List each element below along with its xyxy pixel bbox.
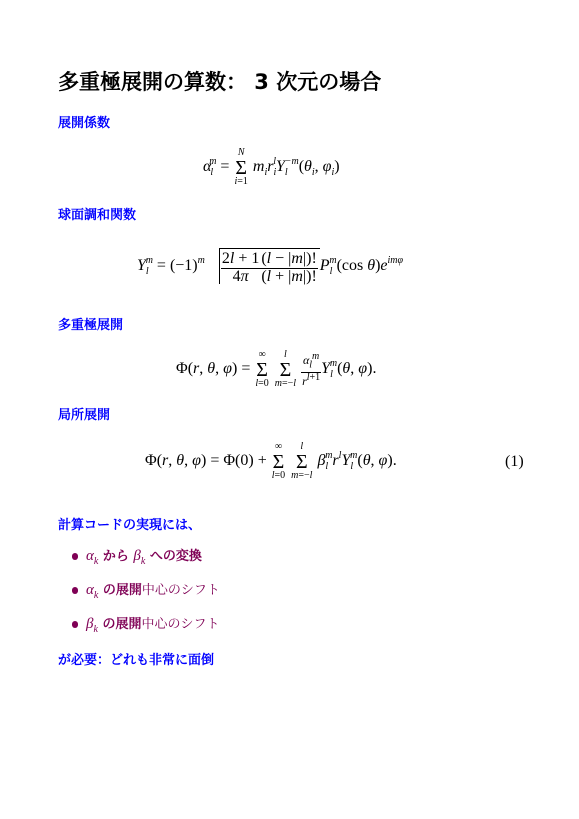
list-item: αk の展開中心のシフト bbox=[72, 579, 220, 601]
bullet-icon bbox=[72, 587, 78, 594]
equation-number: (1) bbox=[505, 454, 524, 470]
page-title: 多重極展開の算数： 3 次元の場合 bbox=[58, 66, 381, 96]
list-item: βk の展開中心のシフト bbox=[72, 613, 220, 635]
equation-spherical-harmonic: Ylm = (−1)m2l + 14π(l − |m|)!(l + |m|)!P… bbox=[137, 248, 403, 285]
conclusion-outro: が必要：どれも非常に面倒 bbox=[58, 649, 214, 668]
equation-local: Φ(r, θ, φ) = Φ(0) + ∞Σl=0 lΣm=−l βlmrlYl… bbox=[145, 442, 397, 481]
equation-alpha: αlm = NΣi=1 mirilYl−m(θi, φi) bbox=[203, 148, 340, 187]
equation-multipole: Φ(r, θ, φ) = ∞Σl=0 lΣm=−l αlmrl+1Ylm(θ, … bbox=[176, 350, 376, 389]
section-heading-spherical-harmonics: 球面調和関数 bbox=[58, 204, 136, 223]
list-item: αk から βk への変換 bbox=[72, 545, 202, 567]
section-heading-expansion-coefficients: 展開係数 bbox=[58, 112, 110, 131]
bullet-icon bbox=[72, 553, 78, 560]
conclusion-intro: 計算コードの実現には、 bbox=[58, 514, 201, 533]
bullet-icon bbox=[72, 621, 78, 628]
section-heading-multipole-expansion: 多重極展開 bbox=[58, 314, 123, 333]
section-heading-local-expansion: 局所展開 bbox=[58, 404, 110, 423]
